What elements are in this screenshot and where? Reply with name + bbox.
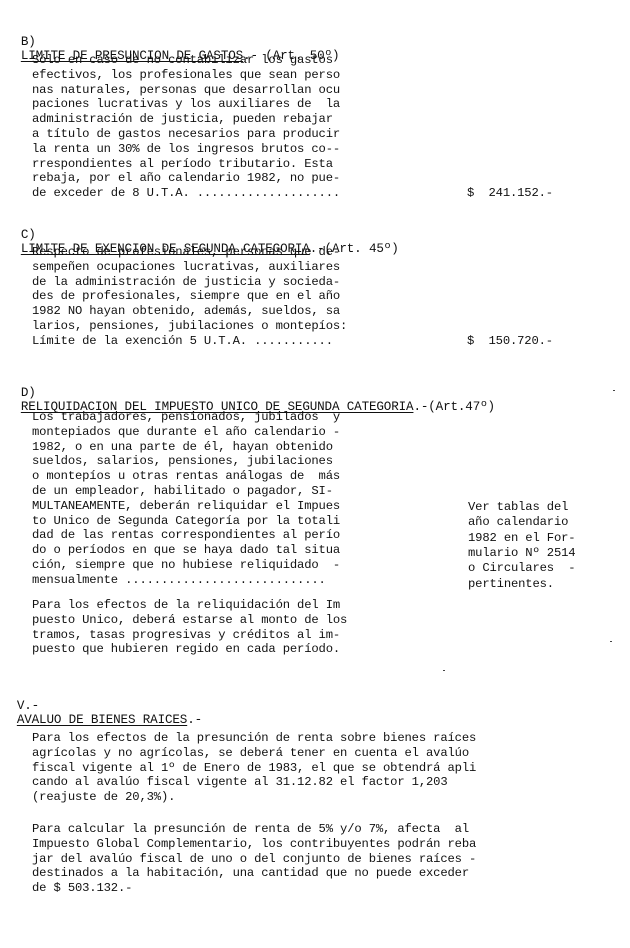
text-line: agrícolas y no agrícolas, se deberá tene…: [32, 746, 469, 760]
section-c-amount: $ 150.720.-: [467, 334, 553, 348]
text-line: MULTANEAMENTE, deberán reliquidar el Imp…: [32, 499, 340, 513]
text-line: efectivos, los profesionales que sean pe…: [32, 68, 340, 82]
text-line: de $ 503.132.-: [32, 881, 132, 895]
text-line: ción, siempre que no hubiese reliquidado…: [32, 558, 340, 572]
text-line: puesto que hubieren regido en cada perío…: [32, 642, 340, 656]
text-line: montepiados que durante el año calendari…: [32, 425, 340, 439]
section-c-label: C): [21, 228, 36, 242]
text-line: larios, pensiones, jubilaciones o montep…: [32, 319, 347, 333]
speck: [613, 390, 615, 391]
text-line: nas naturales, personas que desarrollan …: [32, 83, 340, 97]
text-line: Ver tablas del: [468, 500, 568, 514]
text-line: 1982, o en una parte de él, hayan obteni…: [32, 440, 333, 454]
section-d-article: .-(Art.47º): [413, 400, 494, 414]
text-line: puesto Unico, deberá estarse al monto de…: [32, 613, 347, 627]
text-line: Para calcular la presunción de renta de …: [32, 822, 469, 836]
section-d-label: D): [21, 386, 36, 400]
speck: [610, 641, 612, 642]
text-line: o Circulares -: [468, 561, 575, 575]
text-line: mulario Nº 2514: [468, 546, 575, 560]
text-line: año calendario: [468, 515, 568, 529]
text-line: Impuesto Global Complementario, los cont…: [32, 837, 476, 851]
text-line: Respecto de profesionales, personas que …: [32, 245, 340, 259]
text-line: pertinentes.: [468, 577, 554, 591]
text-line: a título de gastos necesarios para produ…: [32, 127, 340, 141]
text-line: fiscal vigente al 1º de Enero de 1983, e…: [32, 761, 476, 775]
text-line: rebaja, por el año calendario 1982, no p…: [32, 171, 340, 185]
text-line: de un empleador, habilitado o pagador, S…: [32, 484, 333, 498]
text-line: 1982 NO hayan obtenido, además, sueldos,…: [32, 304, 340, 318]
text-line: to Unico de Segunda Categoría por la tot…: [32, 514, 340, 528]
text-line: o montepíos u otras rentas análogas de m…: [32, 469, 340, 483]
section-b-amount: $ 241.152.-: [467, 186, 553, 200]
text-line: mensualmente ...........................…: [32, 573, 326, 587]
text-line: sempeñen ocupaciones lucrativas, auxilia…: [32, 260, 340, 274]
text-line: administración de justicia, pueden rebaj…: [32, 112, 333, 126]
speck: [443, 670, 445, 671]
text-line: sueldos, salarios, pensiones, jubilacion…: [32, 454, 333, 468]
text-line: rrespondientes al período tributario. Es…: [32, 157, 333, 171]
text-line: Los trabajadores, pensionados, jubilados…: [32, 410, 340, 424]
text-line: de exceder de 8 U.T.A. .................…: [32, 186, 340, 200]
text-line: dad de las rentas correspondientes al pe…: [32, 528, 340, 542]
text-line: do o períodos en que se haya dado tal si…: [32, 543, 340, 557]
text-line: jar del avalúo fiscal de uno o del conju…: [32, 852, 476, 866]
text-line: de la administración de justicia y socie…: [32, 275, 340, 289]
section-v-heading: V.- AVALUO DE BIENES RAICES.-: [2, 685, 202, 727]
section-v-title: AVALUO DE BIENES RAICES: [17, 713, 187, 727]
text-line: cando al avalúo fiscal vigente al 31.12.…: [32, 775, 448, 789]
text-line: Para los efectos de la reliquidación del…: [32, 598, 340, 612]
text-line: paciones lucrativas y los auxiliares de …: [32, 97, 340, 111]
section-b-label: B): [21, 35, 36, 49]
section-d-heading: D) RELIQUIDACION DEL IMPUESTO UNICO DE S…: [6, 372, 495, 414]
text-line: des de profesionales, siempre que en el …: [32, 289, 340, 303]
text-line: destinados a la habitación, una cantidad…: [32, 866, 469, 880]
text-line: (reajuste de 20,3%).: [32, 790, 175, 804]
text-line: tramos, tasas progresivas y créditos al …: [32, 628, 340, 642]
text-line: la renta un 30% de los ingresos brutos c…: [32, 142, 340, 156]
text-line: Sólo en caso de no contabilizar los gast…: [32, 53, 333, 67]
text-line: 1982 en el For-: [468, 531, 575, 545]
section-v-suffix: .-: [187, 713, 202, 727]
text-line: Para los efectos de la presunción de ren…: [32, 731, 476, 745]
text-line: Límite de la exención 5 U.T.A. .........…: [32, 334, 333, 348]
section-v-label: V.-: [17, 699, 39, 713]
